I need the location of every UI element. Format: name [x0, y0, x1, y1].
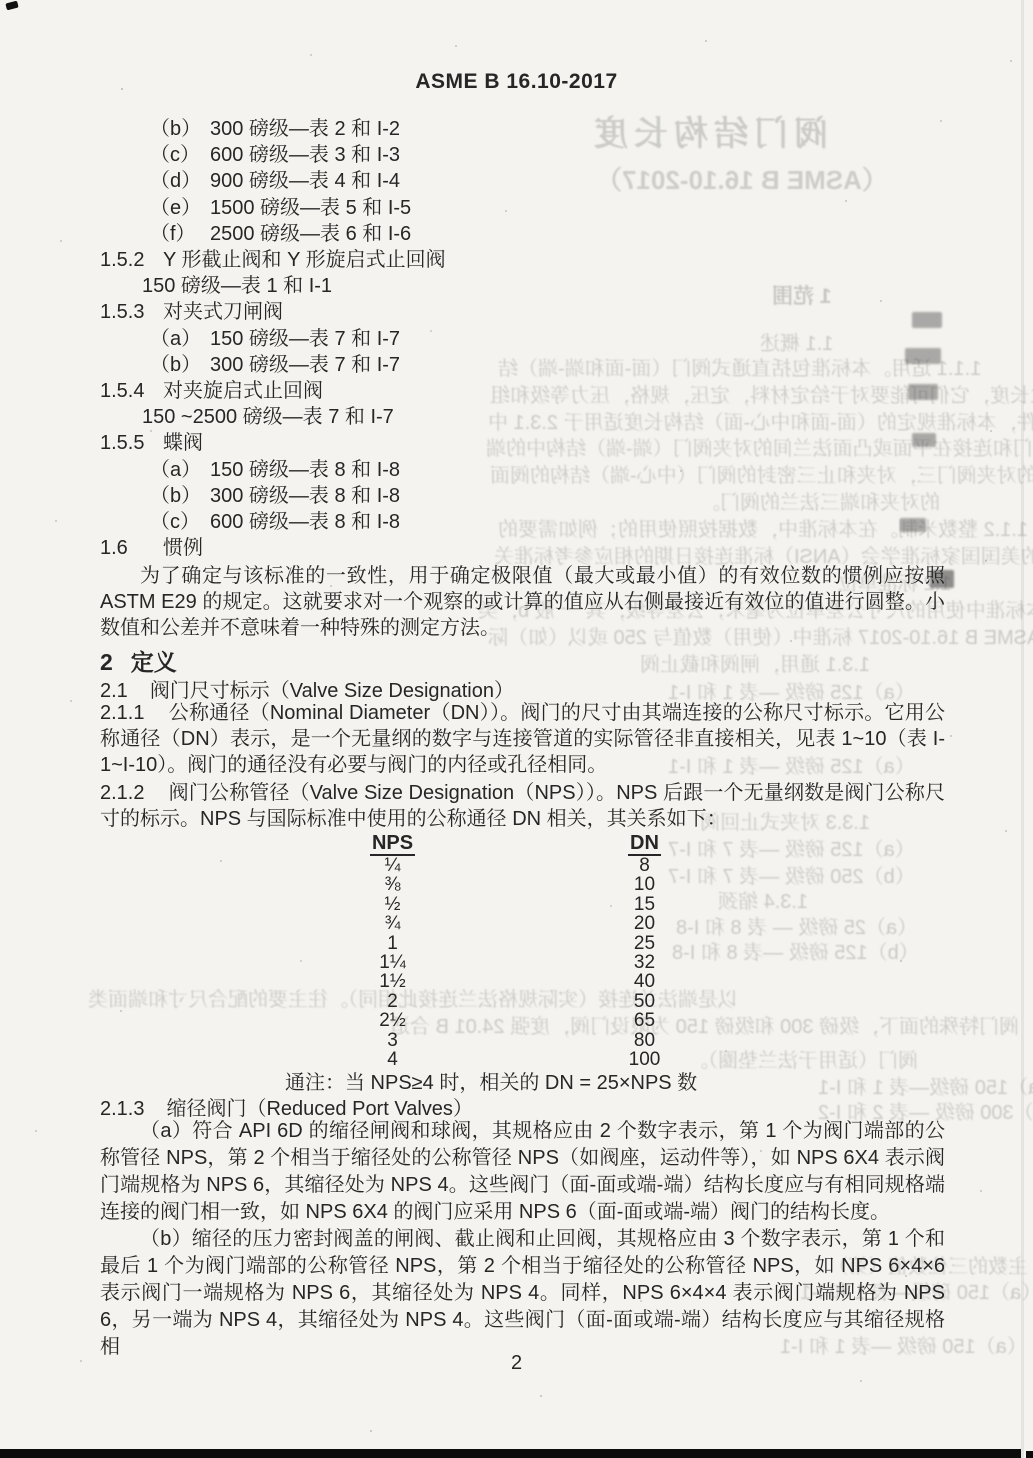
- section-title: 定义: [131, 649, 177, 675]
- item-text: 150 磅级—表 8 和 I-8: [210, 459, 400, 481]
- section-number: 1.5.3: [100, 299, 163, 325]
- table-cell: ½: [310, 895, 475, 914]
- item-text: 900 磅级—表 4 和 I-4: [210, 170, 400, 192]
- list-item: （b）300 磅级—表 7 和 I-7: [100, 352, 945, 378]
- section-heading-1-6: 1.6惯例: [100, 535, 945, 561]
- item-text: 1500 磅级—表 5 和 I-5: [210, 197, 411, 219]
- list-item: （f）2500 磅级—表 6 和 I-6: [100, 221, 945, 247]
- table-cell: 50: [562, 992, 727, 1011]
- dn-column-header: DN: [628, 833, 661, 856]
- section-heading-2-1: 2.1阀门尺寸标示（Valve Size Designation）: [100, 674, 514, 703]
- section-number: 1.6: [100, 535, 163, 561]
- paragraph-text: 阀门公称管径（Valve Size Designation（NPS））。NPS …: [100, 782, 945, 830]
- item-label: （d）: [150, 168, 210, 194]
- list-item: 150 ~2500 磅级—表 7 和 I-7: [100, 404, 945, 430]
- list-item: （b）300 磅级—表 8 和 I-8: [100, 483, 945, 509]
- table-note: 通注：当 NPS≥4 时，相关的 DN = 25×NPS 数: [285, 1066, 697, 1095]
- section-1-5-list: （b）300 磅级—表 2 和 I-2 （c）600 磅级—表 3 和 I-3 …: [100, 116, 945, 561]
- section-number: 2.1.1: [100, 702, 144, 724]
- list-item: （c）600 磅级—表 8 和 I-8: [100, 509, 945, 535]
- npsdn-table-nps-column: NPS ¼ ⅜ ½ ¾ 1 1¼ 1½ 2 2½ 3 4: [310, 833, 475, 1069]
- list-item: 150 磅级—表 1 和 I-1: [100, 273, 945, 299]
- list-item: （b）300 磅级—表 2 和 I-2: [100, 116, 945, 142]
- table-cell: ¼: [310, 856, 475, 875]
- item-text: 300 磅级—表 2 和 I-2: [210, 118, 400, 140]
- paragraph-2-1-3-a: （a）符合 API 6D 的缩径闸阀和球阀，其规格应由 2 个数字表示，第 1 …: [100, 1118, 945, 1226]
- table-cell: 15: [562, 895, 727, 914]
- section-heading-2: 2定义: [100, 644, 177, 677]
- scan-corner-artifact: [5, 1, 18, 11]
- scan-edge-artifact: [1026, 1451, 1033, 1458]
- table-cell: 65: [562, 1011, 727, 1030]
- paragraph-2-1-3-b: （b）缩径的压力密封阀盖的闸阀、截止阀和止回阀，其规格应由 3 个数字表示，第 …: [100, 1226, 945, 1361]
- item-label: （f）: [150, 221, 210, 247]
- paragraph-2-1-1: 2.1.1公称通径（Nominal Diameter（DN））。阀门的尺寸由其端…: [100, 700, 945, 779]
- section-number: 1.5.2: [100, 247, 163, 273]
- page-number: 2: [0, 1352, 1033, 1375]
- item-text: 600 磅级—表 8 和 I-8: [210, 511, 400, 533]
- table-cell: 3: [310, 1031, 475, 1050]
- item-label: （c）: [150, 509, 210, 535]
- list-item: （a）150 磅级—表 8 和 I-8: [100, 457, 945, 483]
- section-heading-1-5-2: 1.5.2Y 形截止阀和 Y 形旋启式止回阀: [100, 247, 945, 273]
- table-cell: 10: [562, 875, 727, 894]
- section-number: 1.5.4: [100, 378, 163, 404]
- scanned-document-page: 阀门结构长度 （ASME B 16.10-2017） 1 范围 1.1 概述 1…: [0, 0, 1033, 1458]
- paragraph-1-6: 为了确定与该标准的一致性，用于确定极限值（最大或最小值）的有效位数的惯例应按照 …: [100, 563, 945, 642]
- paragraph-2-1-2: 2.1.2阀门公称管径（Valve Size Designation（NPS））…: [100, 780, 945, 832]
- item-text: 300 磅级—表 8 和 I-8: [210, 485, 400, 507]
- section-title: 对夹旋启式止回阀: [163, 380, 323, 402]
- table-cell: ⅜: [310, 875, 475, 894]
- scan-edge-bar: [0, 1449, 1021, 1458]
- section-heading-2-1-3: 2.1.3缩径阀门（Reduced Port Valves）: [100, 1092, 473, 1121]
- table-cell: 25: [562, 934, 727, 953]
- table-cell: 8: [562, 856, 727, 875]
- item-label: （c）: [150, 142, 210, 168]
- section-heading-1-5-4: 1.5.4对夹旋启式止回阀: [100, 378, 945, 404]
- section-number: 1.5.5: [100, 430, 163, 456]
- bleedthrough-text: 1.3.1 通用，闸阀和截止阀: [640, 648, 870, 677]
- item-label: （a）: [150, 326, 210, 352]
- list-item: （d）900 磅级—表 4 和 I-4: [100, 168, 945, 194]
- item-text: 2500 磅级—表 6 和 I-6: [210, 223, 411, 245]
- item-text: 150 ~2500 磅级—表 7 和 I-7: [142, 406, 394, 428]
- section-title: 蝶阀: [163, 432, 203, 454]
- section-number: 2.1.3: [100, 1098, 144, 1120]
- list-item: （c）600 磅级—表 3 和 I-3: [100, 142, 945, 168]
- item-label: （b）: [150, 483, 210, 509]
- table-cell: ¾: [310, 914, 475, 933]
- table-cell: 2: [310, 992, 475, 1011]
- section-title: 惯例: [163, 537, 203, 559]
- section-number: 2.1: [100, 680, 128, 702]
- item-label: （e）: [150, 195, 210, 221]
- item-label: （a）: [150, 457, 210, 483]
- list-item: （a）150 磅级—表 7 和 I-7: [100, 326, 945, 352]
- section-title: 对夹式刀闸阀: [163, 301, 283, 323]
- bleedthrough-text: 1.3.4 缩颈: [718, 885, 808, 914]
- item-label: （b）: [150, 116, 210, 142]
- table-cell: 40: [562, 972, 727, 991]
- list-item: （e）1500 磅级—表 5 和 I-5: [100, 195, 945, 221]
- section-title: 缩径阀门（Reduced Port Valves）: [166, 1098, 472, 1120]
- section-title: Y 形截止阀和 Y 形旋启式止回阀: [163, 249, 446, 271]
- section-number: 2.1.2: [100, 782, 144, 804]
- item-text: 150 磅级—表 1 和 I-1: [142, 275, 332, 297]
- section-heading-1-5-5: 1.5.5蝶阀: [100, 430, 945, 456]
- item-text: 600 磅级—表 3 和 I-3: [210, 144, 400, 166]
- table-cell: 1½: [310, 972, 475, 991]
- npsdn-table-dn-column: DN 8 10 15 20 25 32 40 50 65 80 100: [562, 833, 727, 1069]
- document-header: ASME B 16.10-2017: [0, 70, 1033, 94]
- scan-noise: [0, 0, 2, 2]
- nps-column-header: NPS: [370, 833, 415, 856]
- section-heading-1-5-3: 1.5.3对夹式刀闸阀: [100, 299, 945, 325]
- table-cell: 2½: [310, 1011, 475, 1030]
- table-cell: 80: [562, 1031, 727, 1050]
- table-cell: 1¼: [310, 953, 475, 972]
- item-text: 300 磅级—表 7 和 I-7: [210, 354, 400, 376]
- table-cell: 1: [310, 934, 475, 953]
- item-text: 150 磅级—表 7 和 I-7: [210, 328, 400, 350]
- item-label: （b）: [150, 352, 210, 378]
- paragraph-text: 公称通径（Nominal Diameter（DN））。阀门的尺寸由其端连接的公称…: [100, 702, 945, 776]
- table-cell: 20: [562, 914, 727, 933]
- table-cell: 32: [562, 953, 727, 972]
- section-title: 阀门尺寸标示（Valve Size Designation）: [150, 680, 514, 702]
- section-number: 2: [100, 649, 113, 675]
- scan-gutter-shadow: [1021, 0, 1024, 1458]
